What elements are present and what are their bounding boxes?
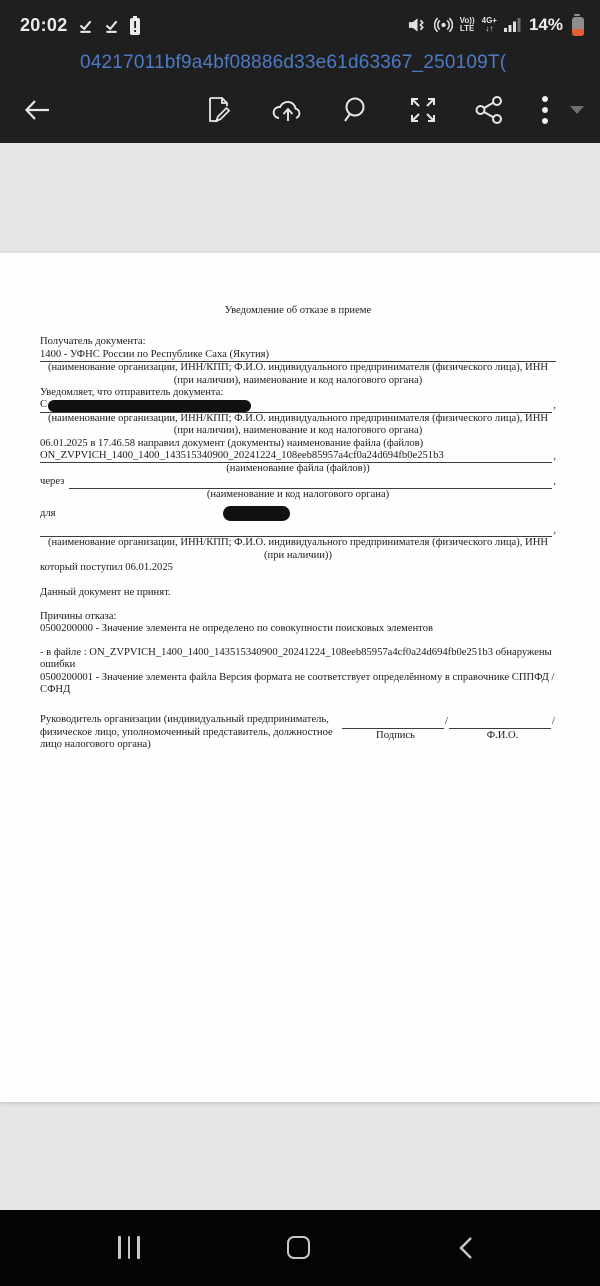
- download-complete-icon: [103, 17, 120, 34]
- app-header: 20:02 Vo)) LTE 4G+ ↓↑: [0, 0, 600, 143]
- for-underline: ,: [40, 524, 556, 537]
- battery-alert-icon: [129, 16, 141, 35]
- status-bar: 20:02 Vo)) LTE 4G+ ↓↑: [0, 0, 600, 48]
- sent-line: 06.01.2025 в 17.46.58 направил документ …: [40, 438, 556, 450]
- cloud-upload-icon: [270, 95, 306, 125]
- nav-back-button[interactable]: [458, 1236, 474, 1260]
- signer-description: Руководитель организации (индивидуальный…: [40, 714, 342, 751]
- battery-icon: [570, 14, 584, 36]
- file-error-line: - в файле : ON_ZVPVICH_1400_1400_1435153…: [40, 647, 556, 672]
- collapse-toolbar-caret-icon[interactable]: [570, 106, 584, 114]
- received-line: который поступил 06.01.2025: [40, 562, 556, 574]
- home-button[interactable]: [287, 1236, 310, 1259]
- reasons-label: Причины отказа:: [40, 611, 556, 623]
- doc-title: Уведомление об отказе в приеме: [40, 305, 556, 317]
- redaction-bar: [48, 400, 251, 412]
- fio-label: Ф.И.О.: [449, 729, 556, 742]
- battery-percent: 14%: [529, 15, 563, 35]
- signature-lines: / /: [342, 716, 556, 728]
- document-page: Уведомление об отказе в приеме Получател…: [0, 253, 600, 1102]
- recipient-label: Получатель документа:: [40, 336, 556, 348]
- edit-document-icon: [204, 94, 234, 126]
- more-options-button[interactable]: [540, 94, 550, 126]
- share-icon: [474, 95, 504, 125]
- redaction-oval: [223, 506, 290, 521]
- edit-document-button[interactable]: [204, 94, 234, 126]
- search-button[interactable]: [342, 95, 372, 125]
- caption-organization-short: (наименование организации, ИНН/КПП; Ф.И.…: [40, 537, 556, 562]
- reason-code-1: 0500200000 - Значение элемента не опреде…: [40, 623, 556, 635]
- file-name-line: ON_ZVPVICH_1400_1400_143515340900_202412…: [40, 450, 556, 463]
- signature-blank: [342, 717, 444, 729]
- not-accepted-line: Данный документ не принят.: [40, 587, 556, 599]
- clock: 20:02: [20, 15, 68, 36]
- search-icon: [342, 95, 372, 125]
- signal-strength-icon: [504, 17, 522, 33]
- back-button[interactable]: [22, 97, 52, 123]
- download-complete-icon: [77, 17, 94, 34]
- fio-blank: [449, 717, 551, 729]
- notifies-label: Уведомляет, что отправитель документа:: [40, 387, 556, 399]
- document-viewer[interactable]: Уведомление об отказе в приеме Получател…: [0, 143, 600, 1210]
- back-arrow-icon: [22, 97, 52, 123]
- document-title-bar: 04217011bf9a4bf08886d33e61d63367_250109T…: [0, 48, 600, 78]
- document-filename: 04217011bf9a4bf08886d33e61d63367_250109T…: [80, 52, 506, 74]
- recents-button[interactable]: [118, 1236, 140, 1259]
- mobile-data-4g-icon: 4G+ ↓↑: [482, 17, 497, 33]
- reason-code-2: 0500200001 - Значение элемента файла Вер…: [40, 672, 556, 697]
- for-line: для: [40, 503, 556, 524]
- share-button[interactable]: [474, 95, 504, 125]
- hotspot-icon: [434, 16, 453, 34]
- signature-section: Руководитель организации (индивидуальный…: [40, 714, 556, 751]
- nav-back-chevron-icon: [458, 1236, 474, 1260]
- caption-file-name: (наименование файла (файлов)): [40, 463, 556, 475]
- caption-organization-2: (наименование организации, ИНН/КПП; Ф.И.…: [40, 413, 556, 438]
- signature-label: Подпись: [342, 729, 449, 742]
- via-line: через ,: [40, 476, 556, 489]
- mute-vibrate-icon: [408, 16, 427, 34]
- android-navigation-bar: [0, 1210, 600, 1286]
- upload-button[interactable]: [270, 95, 306, 125]
- more-vertical-icon: [540, 94, 550, 126]
- caption-tax-authority: (наименование и код налогового органа): [40, 489, 556, 501]
- recipient-line: 1400 - УФНС России по Республике Саха (Я…: [40, 349, 556, 362]
- volte-icon: Vo)) LTE: [460, 17, 475, 33]
- viewer-toolbar: [0, 78, 600, 142]
- sender-line: С ,: [40, 399, 556, 412]
- fullscreen-expand-icon: [408, 95, 438, 125]
- fullscreen-button[interactable]: [408, 95, 438, 125]
- caption-organization: (наименование организации, ИНН/КПП; Ф.И.…: [40, 362, 556, 387]
